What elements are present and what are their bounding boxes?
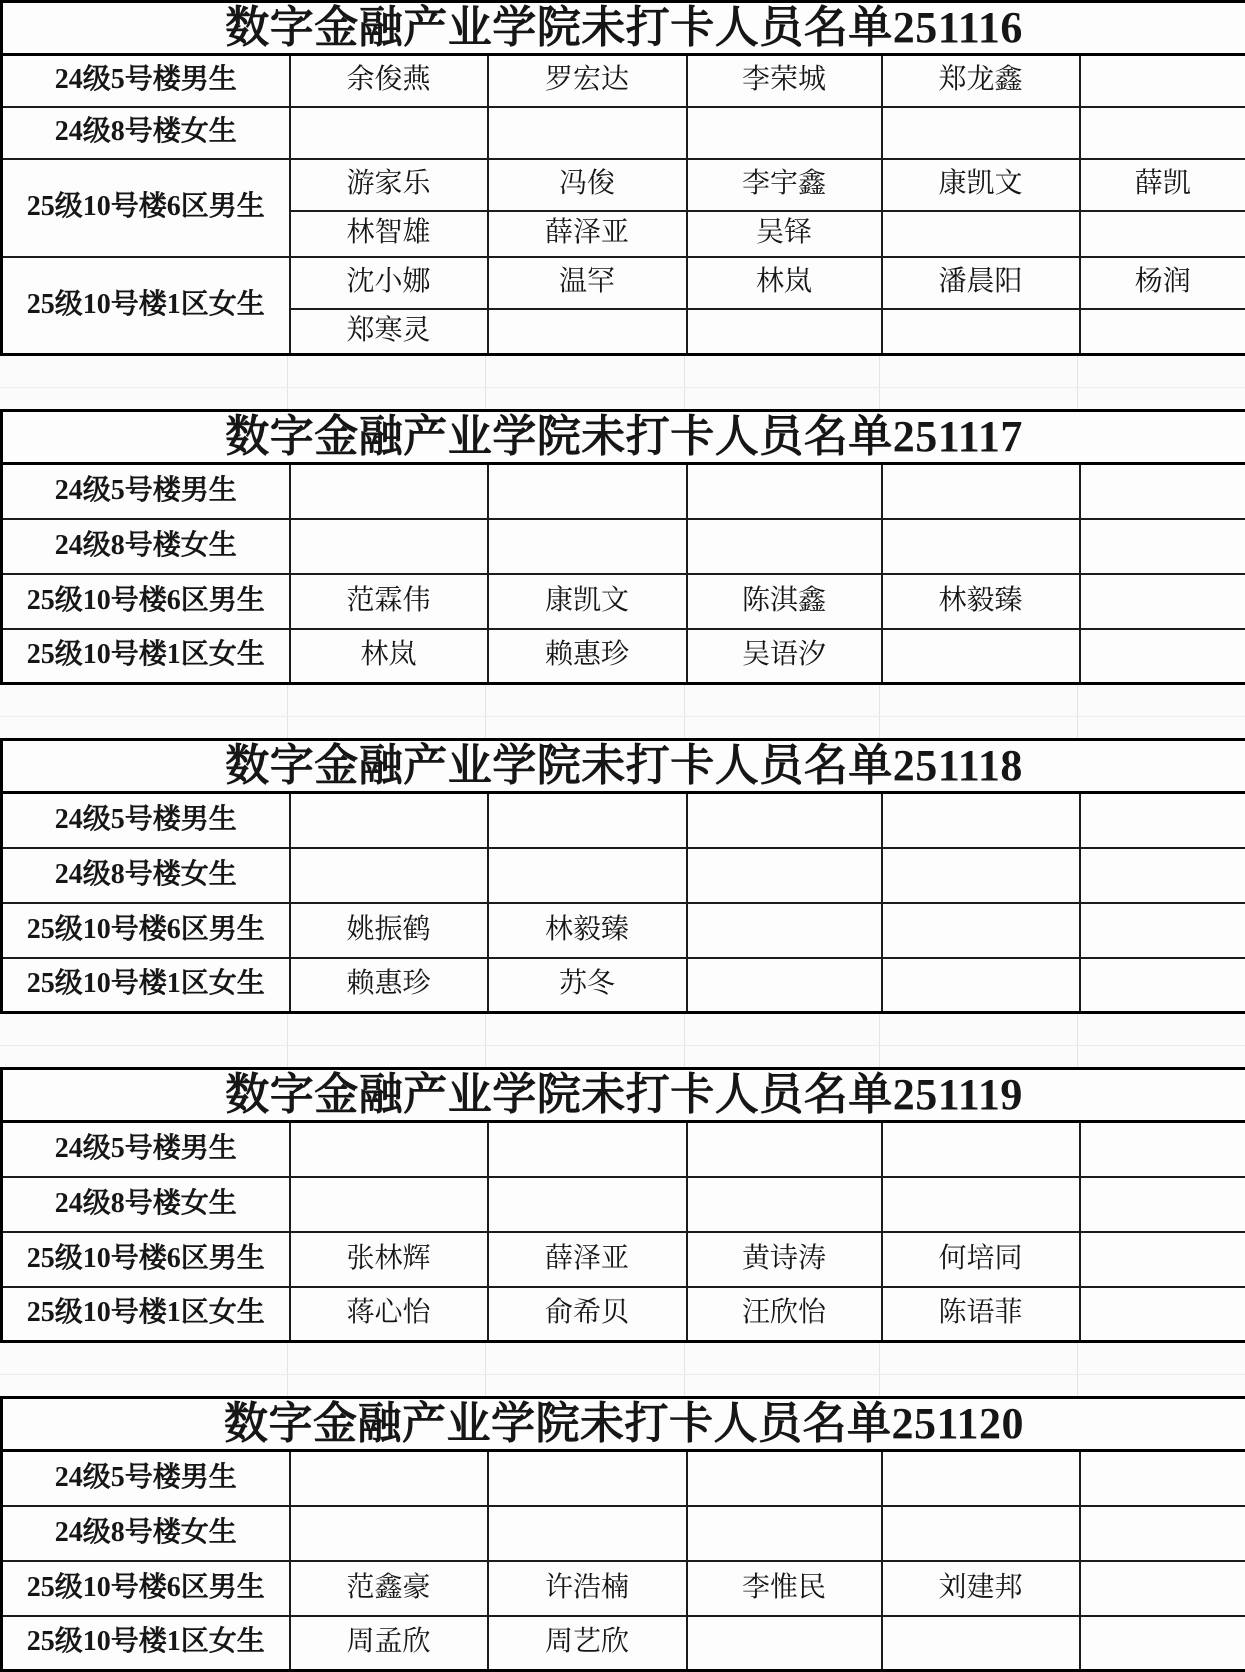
empty-cell	[488, 1451, 687, 1506]
empty-cell	[290, 107, 488, 159]
table-row: 25级10号楼1区女生赖惠珍苏冬	[2, 958, 1245, 1013]
table-title: 数字金融产业学院未打卡人员名单251120	[2, 1398, 1245, 1451]
table-row: 24级5号楼男生余俊燕罗宏达李荣城郑龙鑫	[2, 55, 1245, 107]
empty-cell	[687, 793, 882, 848]
empty-cell	[882, 848, 1080, 903]
name-cell: 许浩楠	[488, 1561, 687, 1616]
empty-cell	[290, 519, 488, 574]
roster-table: 数字金融产业学院未打卡人员名单25111624级5号楼男生余俊燕罗宏达李荣城郑龙…	[0, 0, 1245, 356]
gap-gridline-column	[0, 685, 288, 738]
empty-cell	[1080, 55, 1245, 107]
name-cell: 陈淇鑫	[687, 574, 882, 629]
table-row: 24级8号楼女生	[2, 1177, 1245, 1232]
name-cell: 林智雄	[290, 211, 488, 257]
name-cell: 康凯文	[882, 159, 1080, 211]
name-cell: 周艺欣	[488, 1616, 687, 1671]
empty-cell	[1080, 107, 1245, 159]
name-cell: 赖惠珍	[488, 629, 687, 684]
empty-cell	[1080, 1122, 1245, 1177]
table-title: 数字金融产业学院未打卡人员名单251116	[2, 2, 1245, 55]
name-cell: 林毅臻	[882, 574, 1080, 629]
dorm-label-cell: 25级10号楼6区男生	[2, 1232, 290, 1287]
empty-cell	[488, 848, 687, 903]
table-row: 25级10号楼6区男生范鑫豪许浩楠李惟民刘建邦	[2, 1561, 1245, 1616]
gap-gridline-column	[0, 1343, 288, 1396]
roster-document: 数字金融产业学院未打卡人员名单25111624级5号楼男生余俊燕罗宏达李荣城郑龙…	[0, 0, 1245, 1672]
dorm-label-cell: 25级10号楼1区女生	[2, 1287, 290, 1342]
name-cell: 陈语菲	[882, 1287, 1080, 1342]
table-row: 24级8号楼女生	[2, 848, 1245, 903]
dorm-label-cell: 24级5号楼男生	[2, 1451, 290, 1506]
table-row: 24级8号楼女生	[2, 107, 1245, 159]
empty-cell	[882, 464, 1080, 519]
gap-gridline-column	[0, 356, 288, 409]
empty-cell	[1080, 1177, 1245, 1232]
name-cell: 周孟欣	[290, 1616, 488, 1671]
gap-gridline-column	[1078, 1014, 1245, 1067]
empty-cell	[882, 1122, 1080, 1177]
table-row: 25级10号楼6区男生游家乐冯俊李宇鑫康凯文薛凯	[2, 159, 1245, 211]
dorm-label-cell: 24级5号楼男生	[2, 464, 290, 519]
name-cell: 薛泽亚	[488, 1232, 687, 1287]
empty-cell	[1080, 793, 1245, 848]
table-title: 数字金融产业学院未打卡人员名单251117	[2, 411, 1245, 464]
dorm-label-cell: 25级10号楼1区女生	[2, 629, 290, 684]
empty-cell	[687, 1122, 882, 1177]
dorm-label-cell: 25级10号楼6区男生	[2, 1561, 290, 1616]
table-row: 25级10号楼1区女生林岚赖惠珍吴语汐	[2, 629, 1245, 684]
name-cell: 冯俊	[488, 159, 687, 211]
name-cell: 吴语汐	[687, 629, 882, 684]
name-cell: 薛凯	[1080, 159, 1245, 211]
roster-table: 数字金融产业学院未打卡人员名单25111824级5号楼男生24级8号楼女生25级…	[0, 738, 1245, 1014]
table-row: 25级10号楼1区女生周孟欣周艺欣	[2, 1616, 1245, 1671]
name-cell: 杨润	[1080, 257, 1245, 309]
gap-gridline-column	[288, 1014, 486, 1067]
name-cell: 刘建邦	[882, 1561, 1080, 1616]
gap-gridline-column	[288, 685, 486, 738]
table-row: 25级10号楼6区男生范霖伟康凯文陈淇鑫林毅臻	[2, 574, 1245, 629]
name-cell: 温罕	[488, 257, 687, 309]
empty-cell	[488, 464, 687, 519]
empty-cell	[687, 464, 882, 519]
gap-gridline-column	[486, 1014, 685, 1067]
name-cell: 薛泽亚	[488, 211, 687, 257]
name-cell: 郑龙鑫	[882, 55, 1080, 107]
table-title: 数字金融产业学院未打卡人员名单251118	[2, 740, 1245, 793]
empty-cell	[882, 1451, 1080, 1506]
gap-gridline-column	[880, 356, 1078, 409]
empty-cell	[290, 1506, 488, 1561]
gap-gridline-column	[1078, 356, 1245, 409]
roster-table: 数字金融产业学院未打卡人员名单25111924级5号楼男生24级8号楼女生25级…	[0, 1067, 1245, 1343]
empty-cell	[488, 107, 687, 159]
name-cell: 苏冬	[488, 958, 687, 1013]
empty-cell	[1080, 1561, 1245, 1616]
dorm-label-cell: 25级10号楼6区男生	[2, 903, 290, 958]
name-cell: 罗宏达	[488, 55, 687, 107]
empty-cell	[290, 1451, 488, 1506]
table-gap	[0, 356, 1245, 409]
empty-cell	[687, 1506, 882, 1561]
empty-cell	[882, 1506, 1080, 1561]
name-cell: 余俊燕	[290, 55, 488, 107]
empty-cell	[488, 1122, 687, 1177]
table-row: 25级10号楼6区男生姚振鹤林毅臻	[2, 903, 1245, 958]
empty-cell	[1080, 1287, 1245, 1342]
name-cell: 游家乐	[290, 159, 488, 211]
dorm-label-cell: 24级5号楼男生	[2, 55, 290, 107]
table-row: 24级8号楼女生	[2, 1506, 1245, 1561]
empty-cell	[1080, 1451, 1245, 1506]
table-row: 25级10号楼1区女生沈小娜温罕林岚潘晨阳杨润	[2, 257, 1245, 309]
empty-cell	[882, 903, 1080, 958]
empty-cell	[1080, 1232, 1245, 1287]
table-title: 数字金融产业学院未打卡人员名单251119	[2, 1069, 1245, 1122]
name-cell: 赖惠珍	[290, 958, 488, 1013]
empty-cell	[687, 1616, 882, 1671]
empty-cell	[882, 958, 1080, 1013]
name-cell: 蒋心怡	[290, 1287, 488, 1342]
dorm-label-cell: 24级8号楼女生	[2, 848, 290, 903]
empty-cell	[290, 848, 488, 903]
name-cell: 林毅臻	[488, 903, 687, 958]
empty-cell	[687, 107, 882, 159]
name-cell: 康凯文	[488, 574, 687, 629]
empty-cell	[1080, 211, 1245, 257]
dorm-label-cell: 25级10号楼1区女生	[2, 257, 290, 355]
dorm-label-cell: 24级5号楼男生	[2, 793, 290, 848]
empty-cell	[687, 1177, 882, 1232]
name-cell: 范鑫豪	[290, 1561, 488, 1616]
name-cell: 姚振鹤	[290, 903, 488, 958]
empty-cell	[488, 1506, 687, 1561]
name-cell: 李荣城	[687, 55, 882, 107]
name-cell: 汪欣怡	[687, 1287, 882, 1342]
empty-cell	[882, 107, 1080, 159]
empty-cell	[488, 519, 687, 574]
empty-cell	[1080, 309, 1245, 355]
empty-cell	[882, 793, 1080, 848]
name-cell: 俞希贝	[488, 1287, 687, 1342]
empty-cell	[882, 519, 1080, 574]
empty-cell	[1080, 629, 1245, 684]
table-gap	[0, 685, 1245, 738]
empty-cell	[290, 793, 488, 848]
empty-cell	[290, 1177, 488, 1232]
empty-cell	[1080, 1506, 1245, 1561]
dorm-label-cell: 24级5号楼男生	[2, 1122, 290, 1177]
empty-cell	[882, 309, 1080, 355]
gap-gridline-column	[288, 356, 486, 409]
table-gap	[0, 1343, 1245, 1396]
table-row: 24级5号楼男生	[2, 793, 1245, 848]
name-cell: 林岚	[290, 629, 488, 684]
empty-cell	[290, 464, 488, 519]
dorm-label-cell: 24级8号楼女生	[2, 519, 290, 574]
name-cell: 李惟民	[687, 1561, 882, 1616]
empty-cell	[1080, 958, 1245, 1013]
empty-cell	[1080, 574, 1245, 629]
table-row: 24级5号楼男生	[2, 1122, 1245, 1177]
empty-cell	[1080, 848, 1245, 903]
empty-cell	[1080, 1616, 1245, 1671]
roster-table: 数字金融产业学院未打卡人员名单25111724级5号楼男生24级8号楼女生25级…	[0, 409, 1245, 685]
dorm-label-cell: 25级10号楼6区男生	[2, 574, 290, 629]
roster-table: 数字金融产业学院未打卡人员名单25112024级5号楼男生24级8号楼女生25级…	[0, 1396, 1245, 1672]
empty-cell	[882, 211, 1080, 257]
empty-cell	[488, 793, 687, 848]
dorm-label-cell: 24级8号楼女生	[2, 1506, 290, 1561]
table-row: 24级8号楼女生	[2, 519, 1245, 574]
dorm-label-cell: 24级8号楼女生	[2, 107, 290, 159]
empty-cell	[882, 1616, 1080, 1671]
gap-gridline-column	[685, 685, 880, 738]
gap-gridline-column	[685, 1343, 880, 1396]
dorm-label-cell: 25级10号楼1区女生	[2, 958, 290, 1013]
gap-gridline-column	[880, 1343, 1078, 1396]
dorm-label-cell: 24级8号楼女生	[2, 1177, 290, 1232]
empty-cell	[687, 519, 882, 574]
dorm-label-cell: 25级10号楼1区女生	[2, 1616, 290, 1671]
empty-cell	[687, 1451, 882, 1506]
empty-cell	[1080, 519, 1245, 574]
empty-cell	[687, 903, 882, 958]
gap-gridline-column	[685, 1014, 880, 1067]
gap-gridline-column	[0, 1014, 288, 1067]
dorm-label-cell: 25级10号楼6区男生	[2, 159, 290, 257]
gap-gridline-column	[685, 356, 880, 409]
table-row: 24级5号楼男生	[2, 1451, 1245, 1506]
empty-cell	[687, 848, 882, 903]
empty-cell	[488, 1177, 687, 1232]
gap-gridline-column	[880, 685, 1078, 738]
table-row: 25级10号楼1区女生蒋心怡俞希贝汪欣怡陈语菲	[2, 1287, 1245, 1342]
gap-gridline-column	[486, 1343, 685, 1396]
name-cell: 何培同	[882, 1232, 1080, 1287]
table-gap	[0, 1014, 1245, 1067]
gap-gridline-column	[1078, 685, 1245, 738]
gap-gridline-column	[880, 1014, 1078, 1067]
empty-cell	[1080, 903, 1245, 958]
empty-cell	[290, 1122, 488, 1177]
name-cell: 李宇鑫	[687, 159, 882, 211]
table-row: 24级5号楼男生	[2, 464, 1245, 519]
gap-gridline-column	[1078, 1343, 1245, 1396]
name-cell: 沈小娜	[290, 257, 488, 309]
gap-gridline-column	[486, 685, 685, 738]
empty-cell	[687, 958, 882, 1013]
name-cell: 林岚	[687, 257, 882, 309]
empty-cell	[687, 309, 882, 355]
name-cell: 张林辉	[290, 1232, 488, 1287]
name-cell: 吴铎	[687, 211, 882, 257]
empty-cell	[882, 1177, 1080, 1232]
name-cell: 范霖伟	[290, 574, 488, 629]
name-cell: 潘晨阳	[882, 257, 1080, 309]
empty-cell	[488, 309, 687, 355]
empty-cell	[882, 629, 1080, 684]
name-cell: 郑寒灵	[290, 309, 488, 355]
table-row: 25级10号楼6区男生张林辉薛泽亚黄诗涛何培同	[2, 1232, 1245, 1287]
empty-cell	[1080, 464, 1245, 519]
name-cell: 黄诗涛	[687, 1232, 882, 1287]
gap-gridline-column	[486, 356, 685, 409]
gap-gridline-column	[288, 1343, 486, 1396]
